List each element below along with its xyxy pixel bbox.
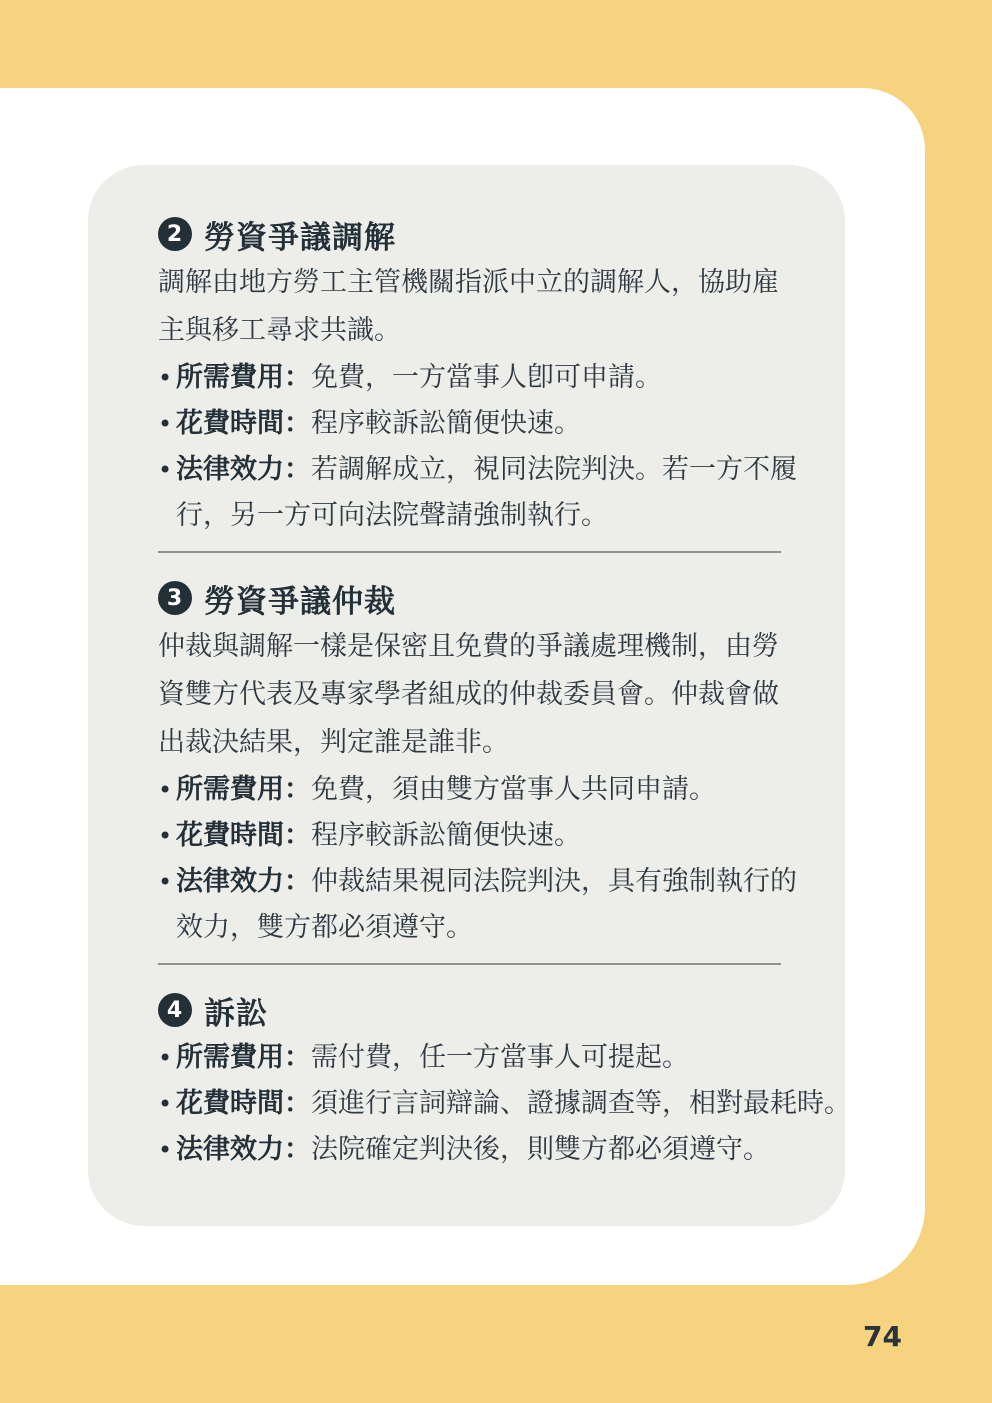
bullet-item: •花費時間：程序較訴訟簡便快速。	[158, 401, 820, 447]
bullet-label: 所需費用：	[176, 1042, 311, 1073]
bullet-marker-icon: •	[158, 355, 172, 401]
section-title: 訴訟	[204, 988, 268, 1033]
bullet-item: •法律效力：若調解成立，視同法院判決。若一方不履行，另一方可向法院聲請強制執行。	[158, 447, 820, 539]
bullet-label: 花費時間：	[176, 820, 311, 851]
page-number: 74	[863, 1320, 902, 1353]
bullet-marker-icon: •	[158, 1035, 172, 1081]
bullet-text: 免費，須由雙方當事人共同申請。	[311, 774, 716, 805]
bullet-item: •花費時間：須進行言詞辯論、證據調查等，相對最耗時。	[158, 1081, 858, 1127]
bullet-list: •所需費用：免費，須由雙方當事人共同申請。 •花費時間：程序較訴訟簡便快速。 •…	[158, 767, 820, 951]
section-arbitration: 3 勞資爭議仲裁 仲裁與調解一樣是保密且免費的爭議處理機制，由勞資雙方代表及專家…	[158, 579, 845, 951]
bullet-marker-icon: •	[158, 813, 172, 859]
section-number-badge: 2	[158, 217, 192, 251]
bullet-text: 需付費，任一方當事人可提起。	[311, 1042, 689, 1073]
bullet-item: •所需費用：需付費，任一方當事人可提起。	[158, 1035, 858, 1081]
bullet-marker-icon: •	[158, 767, 172, 813]
bullet-item: •法律效力：仲裁結果視同法院判決，具有強制執行的效力，雙方都必須遵守。	[158, 859, 820, 951]
section-heading: 3 勞資爭議仲裁	[158, 579, 845, 617]
bullet-marker-icon: •	[158, 401, 172, 447]
bullet-label: 所需費用：	[176, 774, 311, 805]
bullet-text: 須進行言詞辯論、證據調查等，相對最耗時。	[311, 1088, 851, 1119]
bullet-marker-icon: •	[158, 1081, 172, 1127]
bullet-list: •所需費用：需付費，任一方當事人可提起。 •花費時間：須進行言詞辯論、證據調查等…	[158, 1035, 858, 1173]
section-number-badge: 4	[158, 993, 192, 1027]
bullet-marker-icon: •	[158, 1127, 172, 1173]
bullet-marker-icon: •	[158, 447, 172, 493]
section-intro: 調解由地方勞工主管機關指派中立的調解人，協助雇主與移工尋求共識。	[158, 259, 798, 355]
section-title: 勞資爭議仲裁	[204, 576, 396, 621]
bullet-text: 程序較訴訟簡便快速。	[311, 820, 581, 851]
bullet-text: 程序較訴訟簡便快速。	[311, 408, 581, 439]
section-divider	[158, 963, 781, 965]
bullet-label: 花費時間：	[176, 408, 311, 439]
bullet-item: •所需費用：免費，須由雙方當事人共同申請。	[158, 767, 820, 813]
section-divider	[158, 551, 781, 553]
section-mediation: 2 勞資爭議調解 調解由地方勞工主管機關指派中立的調解人，協助雇主與移工尋求共識…	[158, 215, 845, 539]
bullet-label: 法律效力：	[176, 866, 311, 897]
content-card: 2 勞資爭議調解 調解由地方勞工主管機關指派中立的調解人，協助雇主與移工尋求共識…	[0, 88, 925, 1285]
bullet-label: 花費時間：	[176, 1088, 311, 1119]
section-heading: 4 訴訟	[158, 991, 845, 1029]
bullet-list: •所需費用：免費，一方當事人卽可申請。 •花費時間：程序較訴訟簡便快速。 •法律…	[158, 355, 820, 539]
page-background: { "ui": { "bullet_char": "•" }, "colors"…	[0, 0, 992, 1403]
bullet-item: •所需費用：免費，一方當事人卽可申請。	[158, 355, 820, 401]
bullet-text: 免費，一方當事人卽可申請。	[311, 362, 662, 393]
section-heading: 2 勞資爭議調解	[158, 215, 845, 253]
bullet-item: •花費時間：程序較訴訟簡便快速。	[158, 813, 820, 859]
bullet-text: 法院確定判決後，則雙方都必須遵守。	[311, 1134, 770, 1165]
section-intro: 仲裁與調解一樣是保密且免費的爭議處理機制，由勞資雙方代表及專家學者組成的仲裁委員…	[158, 623, 798, 767]
bullet-item: •法律效力：法院確定判決後，則雙方都必須遵守。	[158, 1127, 858, 1173]
section-litigation: 4 訴訟 •所需費用：需付費，任一方當事人可提起。 •花費時間：須進行言詞辯論、…	[158, 991, 845, 1173]
content-panel: 2 勞資爭議調解 調解由地方勞工主管機關指派中立的調解人，協助雇主與移工尋求共識…	[88, 165, 845, 1226]
section-title: 勞資爭議調解	[204, 212, 396, 257]
bullet-label: 所需費用：	[176, 362, 311, 393]
section-number-badge: 3	[158, 581, 192, 615]
bullet-label: 法律效力：	[176, 1134, 311, 1165]
bullet-marker-icon: •	[158, 859, 172, 905]
bullet-label: 法律效力：	[176, 454, 311, 485]
